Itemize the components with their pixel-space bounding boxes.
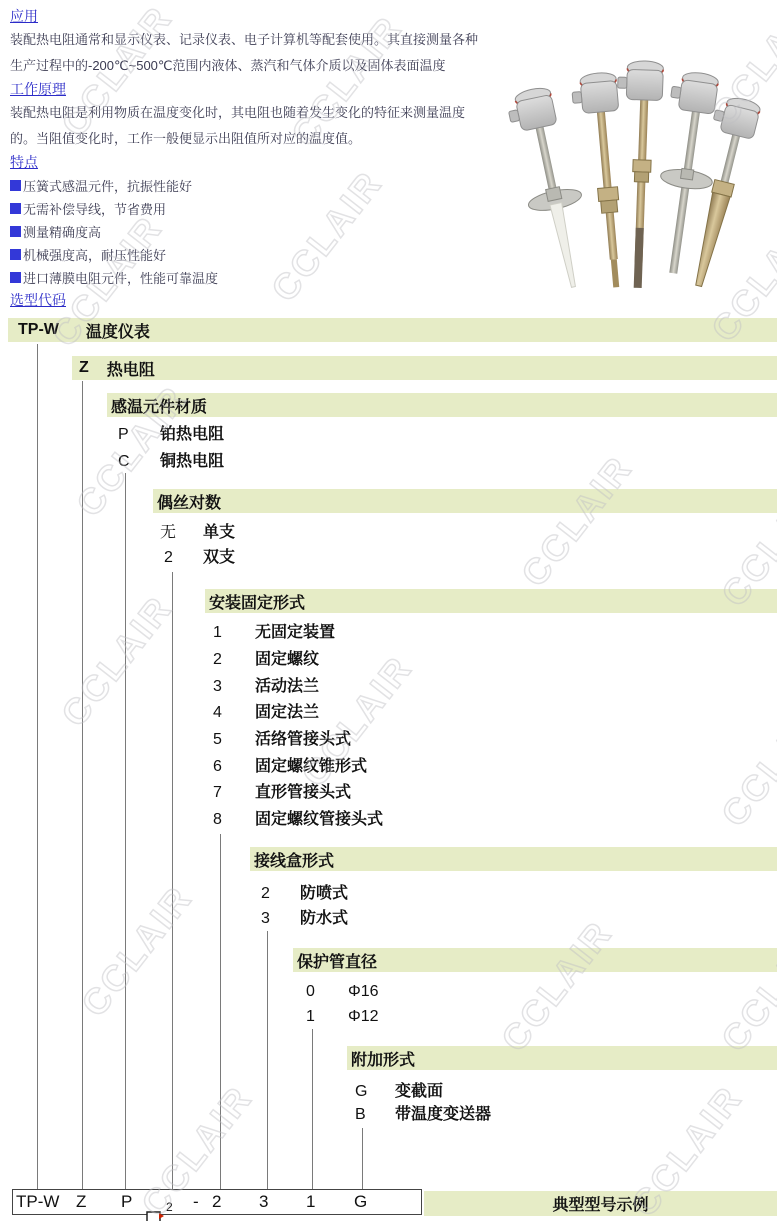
option-desc: 固定螺纹 — [255, 649, 319, 671]
connector-line-6 — [267, 931, 268, 1189]
option-desc: 变截面 — [395, 1081, 443, 1103]
watermark: CCLAIR — [53, 587, 181, 734]
option-code: 6 — [213, 756, 222, 778]
option-code: 0 — [306, 981, 315, 1003]
watermark: CCLAIR — [513, 447, 641, 594]
sensor-2 — [571, 71, 635, 289]
option-desc: 固定法兰 — [255, 702, 319, 724]
section-heading-features: 特点 — [10, 154, 38, 171]
band-tube-diameter: 保护管直径 — [293, 948, 777, 972]
connector-line-5 — [220, 834, 221, 1189]
bullet-square-icon — [10, 249, 21, 260]
watermark: CCLAIR — [73, 877, 201, 1024]
option-desc: 带温度变送器 — [395, 1104, 491, 1126]
band-title: 接线盒形式 — [254, 848, 334, 871]
watermark: CCLAIR — [713, 687, 777, 834]
watermark: CCLAIR — [493, 912, 621, 1059]
option-code: 4 — [213, 702, 222, 724]
application-paragraph: 装配热电阻通常和显示仪表、记录仪表、电子计算机等配套使用。其直接测量各种生产过程… — [10, 27, 486, 79]
option-code: 无 — [160, 522, 176, 544]
bullet-square-icon — [10, 226, 21, 237]
example-seg-extra: G — [354, 1192, 367, 1212]
bullet-square-icon — [10, 272, 21, 283]
connector-line-4 — [172, 572, 173, 1189]
connector-line-3 — [125, 473, 126, 1189]
band-junction-box-type: 接线盒形式 — [250, 847, 777, 871]
watermark: CCLAIR — [713, 912, 777, 1059]
option-desc: 无固定装置 — [255, 622, 335, 644]
example-seg-type: Z — [76, 1192, 86, 1212]
option-desc: 防水式 — [300, 908, 348, 930]
connector-line-1 — [37, 344, 38, 1189]
option-desc: 铂热电阻 — [160, 424, 224, 446]
band-desc: 热电阻 — [107, 357, 155, 380]
example-seg-material: P — [121, 1192, 132, 1212]
section-heading-application: 应用 — [10, 8, 38, 25]
connector-line-8 — [362, 1128, 363, 1189]
option-desc: 活络管接头式 — [255, 729, 351, 751]
option-desc: Φ12 — [348, 1006, 379, 1028]
section-heading-selection-code: 选型代码 — [10, 292, 66, 309]
feature-text: 测量精确度高 — [23, 222, 101, 241]
bullet-square-icon — [10, 180, 21, 191]
connector-line-7 — [312, 1029, 313, 1189]
option-desc: 固定螺纹管接头式 — [255, 809, 383, 831]
band-code: TP-W — [18, 321, 59, 339]
feature-text: 无需补偿导线，节省费用 — [23, 199, 166, 218]
option-code: B — [355, 1104, 366, 1126]
sensor-3 — [611, 60, 664, 288]
feature-text: 压簧式感温元件，抗振性能好 — [23, 176, 192, 195]
feature-item: 压簧式感温元件，抗振性能好 — [10, 174, 192, 197]
band-code: Z — [79, 359, 89, 377]
connector-line-2 — [82, 381, 83, 1189]
band-extra-type: 附加形式 — [347, 1046, 777, 1070]
option-code: 2 — [261, 883, 270, 905]
band-title: 安装固定形式 — [209, 590, 305, 613]
band-title: 偶丝对数 — [157, 490, 221, 513]
option-code: 5 — [213, 729, 222, 751]
band-title: 保护管直径 — [297, 949, 377, 972]
option-code: P — [118, 424, 129, 446]
sensor-1 — [505, 84, 600, 293]
example-seg-series: TP-W — [16, 1192, 59, 1212]
example-seg-pairs: 2 — [166, 1200, 173, 1214]
option-code: 2 — [164, 547, 173, 569]
example-seg-diameter: 1 — [306, 1192, 315, 1212]
option-code: 3 — [261, 908, 270, 930]
option-desc: 单支 — [203, 522, 235, 544]
feature-item: 机械强度高，耐压性能好 — [10, 243, 166, 266]
band-desc: 温度仪表 — [86, 319, 150, 342]
band-wire-pairs: 偶丝对数 — [153, 489, 777, 513]
option-desc: Φ16 — [348, 981, 379, 1003]
option-desc: 防喷式 — [300, 883, 348, 905]
feature-item: 测量精确度高 — [10, 220, 101, 243]
band-title: 附加形式 — [351, 1047, 415, 1070]
option-desc: 直形管接头式 — [255, 782, 351, 804]
band-temperature-instrument: TP-W 温度仪表 — [8, 318, 777, 342]
example-label-band: 典型型号示例 — [424, 1191, 777, 1216]
band-element-material: 感温元件材质 — [107, 393, 777, 417]
option-code: 8 — [213, 809, 222, 831]
option-desc: 铜热电阻 — [160, 451, 224, 473]
feature-text: 机械强度高，耐压性能好 — [23, 245, 166, 264]
stamp-icon — [146, 1211, 164, 1221]
option-desc: 活动法兰 — [255, 676, 319, 698]
example-seg-mounting: 2 — [212, 1192, 221, 1212]
example-seg-hyphen: - — [193, 1192, 199, 1212]
band-mounting-type: 安装固定形式 — [205, 589, 777, 613]
option-desc: 双支 — [203, 547, 235, 569]
principle-paragraph: 装配热电阻是利用物质在温度变化时，其电阻也随着发生变化的特征来测量温度的。当阻值… — [10, 100, 486, 152]
option-desc: 固定螺纹锥形式 — [255, 756, 367, 778]
option-code: 3 — [213, 676, 222, 698]
example-seg-junction: 3 — [259, 1192, 268, 1212]
datasheet-page: 应用 装配热电阻通常和显示仪表、记录仪表、电子计算机等配套使用。其直接测量各种生… — [0, 0, 777, 1221]
watermark: CCLAIR — [263, 162, 391, 309]
feature-text: 进口薄膜电阻元件，性能可靠温度 — [23, 268, 218, 287]
example-label: 典型型号示例 — [552, 1192, 648, 1215]
product-photo-thermocouples — [487, 28, 773, 296]
option-code: G — [355, 1081, 367, 1103]
option-code: 1 — [213, 622, 222, 644]
section-heading-principle: 工作原理 — [10, 81, 66, 98]
band-thermal-resistance: Z 热电阻 — [72, 356, 777, 380]
option-code: 1 — [306, 1006, 315, 1028]
option-code: C — [118, 451, 130, 473]
bullet-square-icon — [10, 203, 21, 214]
option-code: 7 — [213, 782, 222, 804]
feature-item: 无需补偿导线，节省费用 — [10, 197, 166, 220]
feature-item: 进口薄膜电阻元件，性能可靠温度 — [10, 266, 218, 289]
option-code: 2 — [213, 649, 222, 671]
band-title: 感温元件材质 — [111, 394, 207, 417]
